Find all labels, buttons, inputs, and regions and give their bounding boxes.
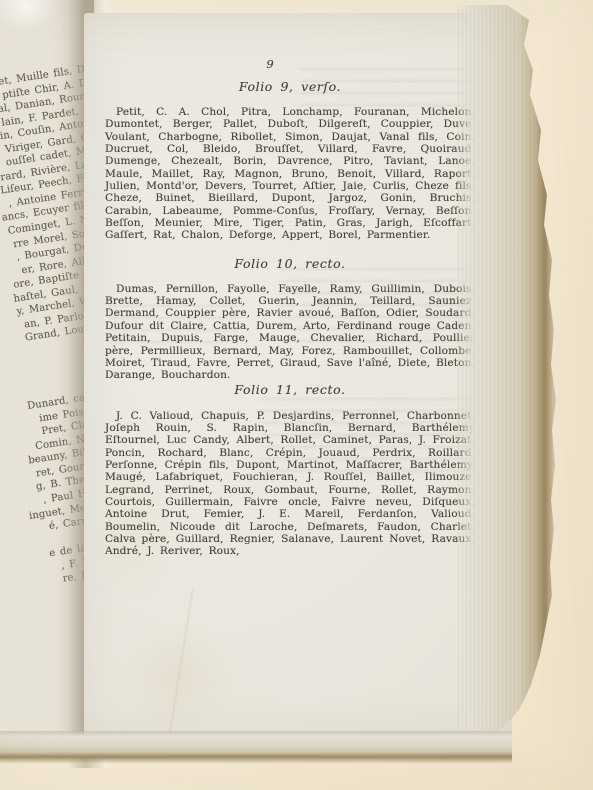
book-photograph: ataret, Muille fils, Deptiſte Chir, A. D… — [0, 0, 593, 790]
folio-10-heading: Folio 10, recto. — [105, 257, 475, 271]
folio-11-names: J. C. Valioud, Chapuis, P. Desjardins, P… — [105, 410, 475, 558]
page-number: 9 — [65, 57, 475, 71]
folio-9-section: Folio 9, verſo. Petit, C. A. Chol, Pitra… — [105, 80, 475, 242]
folio-10-section: Folio 10, recto. Dumas, Pernillon, Fayol… — [105, 257, 475, 382]
page-text-block: 9 Folio 9, verſo. Petit, C. A. Chol, Pit… — [105, 57, 475, 558]
folio-9-heading: Folio 9, verſo. — [105, 80, 475, 94]
folio-9-names: Petit, C. A. Chol, Pitra, Lonchamp, Four… — [105, 106, 475, 242]
bottom-page-edge — [0, 731, 512, 765]
folio-10-names: Dumas, Pernillon, Fayolle, Fayelle, Ramy… — [105, 283, 475, 382]
right-page: 9 Folio 9, verſo. Petit, C. A. Chol, Pit… — [84, 13, 512, 735]
paper-crease — [168, 589, 193, 737]
folio-11-heading: Folio 11, recto. — [105, 383, 475, 397]
fore-edge-deckle — [455, 5, 561, 763]
folio-11-section: Folio 11, recto. J. C. Valioud, Chapuis,… — [105, 383, 475, 558]
